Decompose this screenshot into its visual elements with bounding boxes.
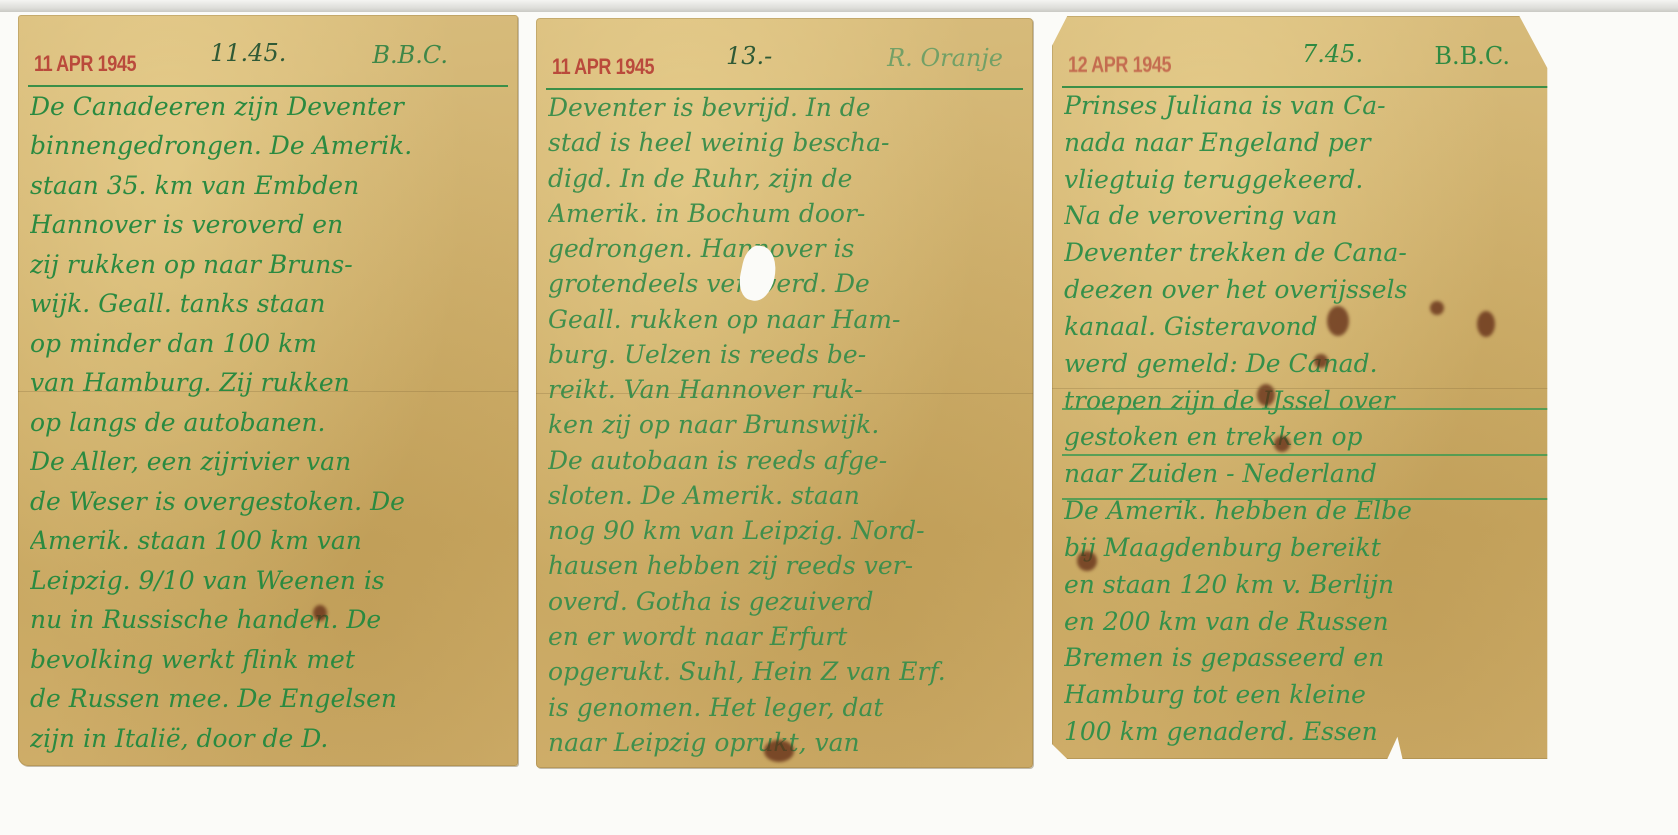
handwritten-line: Deventer is bevrijd. In de	[548, 90, 1025, 125]
handwritten-line: gestoken en trekken op	[1064, 419, 1552, 456]
date-stamp: 12 APR 1945	[1068, 52, 1171, 78]
handwritten-line: Amerik. in Bochum door-	[548, 196, 1025, 231]
handwritten-line: opgerukt. Suhl, Hein Z van Erf.	[548, 654, 1025, 689]
handwritten-line: en er wordt naar Erfurt	[548, 619, 1025, 654]
handwritten-line: en staan 120 km v. Berlijn	[1064, 567, 1552, 604]
handwritten-line: nada naar Engeland per	[1064, 125, 1552, 162]
handwritten-line: Bremen is gepasseerd en	[1064, 640, 1552, 677]
note-body: De Canadeeren zijn Deventerbinnengedrong…	[30, 87, 510, 758]
note-header: 12 APR 1945 7.45. B.B.C.	[1062, 34, 1550, 88]
date-stamp: 11 APR 1945	[34, 51, 136, 77]
handwritten-line: is genomen. Het leger, dat	[548, 690, 1025, 725]
note-header: 11 APR 1945 13.- R. Oranje	[546, 36, 1023, 90]
handwritten-line: en 200 km van de Russen	[1064, 604, 1552, 641]
handwritten-line: vliegtuig teruggekeerd.	[1064, 162, 1552, 199]
broadcast-source: B.B.C.	[372, 41, 448, 69]
handwritten-line: zijn in Italië, door de D.	[30, 719, 510, 758]
handwritten-line: zij rukken op naar Bruns-	[30, 245, 510, 284]
stain	[1430, 301, 1444, 315]
handwritten-line: burg. Uelzen is reeds be-	[548, 337, 1025, 372]
handwritten-line: stad is heel weinig bescha-	[548, 125, 1025, 160]
note-body: Deventer is bevrijd. In destad is heel w…	[548, 90, 1025, 760]
handwritten-line: Geall. rukken op naar Ham-	[548, 302, 1025, 337]
handwritten-line: de Russen mee. De Engelsen	[30, 679, 510, 718]
stain	[1274, 436, 1290, 452]
broadcast-source: R. Oranje	[887, 44, 1003, 72]
stain	[764, 740, 794, 762]
underline	[1062, 498, 1548, 500]
handwritten-line: gedrongen. Hannover is	[548, 231, 1025, 266]
news-note-2: 11 APR 1945 13.- R. Oranje Deventer is b…	[536, 18, 1033, 768]
handwritten-line: Hamburg tot een kleine	[1064, 677, 1552, 714]
handwritten-line: werd gemeld: De Canad.	[1064, 346, 1552, 383]
stain	[1477, 311, 1495, 337]
broadcast-time: 11.45.	[210, 39, 286, 67]
handwritten-line: Hannover is veroverd en	[30, 205, 510, 244]
handwritten-line: Deventer trekken de Cana-	[1064, 235, 1552, 272]
handwritten-line: binnengedrongen. De Amerik.	[30, 126, 510, 165]
handwritten-line: bij Maagdenburg bereikt	[1064, 530, 1552, 567]
broadcast-time: 13.-	[726, 42, 772, 70]
handwritten-line: Leipzig. 9/10 van Weenen is	[30, 561, 510, 600]
handwritten-line: digd. In de Ruhr, zijn de	[548, 161, 1025, 196]
broadcast-time: 7.45.	[1302, 40, 1363, 68]
broadcast-source: B.B.C.	[1434, 42, 1510, 70]
note-header: 11 APR 1945 11.45. B.B.C.	[28, 33, 508, 87]
handwritten-line: 100 km genaderd. Essen	[1064, 714, 1552, 751]
handwritten-line: nu in Russische handen. De	[30, 600, 510, 639]
handwritten-line: De Canadeeren zijn Deventer	[30, 87, 510, 126]
handwritten-line: wijk. Geall. tanks staan	[30, 284, 510, 323]
handwritten-line: hausen hebben zij reeds ver-	[548, 548, 1025, 583]
stain	[1257, 384, 1275, 406]
scanner-edge	[0, 0, 1678, 12]
handwritten-line: naar Zuiden - Nederland	[1064, 456, 1552, 493]
handwritten-line: op minder dan 100 km	[30, 324, 510, 363]
underline	[1062, 454, 1548, 456]
handwritten-line: van Hamburg. Zij rukken	[30, 363, 510, 402]
stain	[1077, 551, 1097, 571]
handwritten-line: staan 35. km van Embden	[30, 166, 510, 205]
handwritten-line: op langs de autobanen.	[30, 403, 510, 442]
handwritten-line: ken zij op naar Brunswijk.	[548, 407, 1025, 442]
handwritten-line: reikt. Van Hannover ruk-	[548, 372, 1025, 407]
handwritten-line: De Aller, een zijrivier van	[30, 442, 510, 481]
handwritten-line: grotendeels veroverd. De	[548, 266, 1025, 301]
stain	[1314, 354, 1328, 368]
handwritten-line: nog 90 km van Leipzig. Nord-	[548, 513, 1025, 548]
handwritten-line: De autobaan is reeds afge-	[548, 443, 1025, 478]
news-note-3: 12 APR 1945 7.45. B.B.C. Prinses Juliana…	[1052, 16, 1560, 759]
handwritten-line: sloten. De Amerik. staan	[548, 478, 1025, 513]
handwritten-line: deezen over het overijssels	[1064, 272, 1552, 309]
handwritten-line: Prinses Juliana is van Ca-	[1064, 88, 1552, 125]
stain	[313, 605, 327, 621]
date-stamp: 11 APR 1945	[552, 54, 654, 80]
handwritten-line: bevolking werkt flink met	[30, 640, 510, 679]
handwritten-line: Amerik. staan 100 km van	[30, 521, 510, 560]
handwritten-line: de Weser is overgestoken. De	[30, 482, 510, 521]
underline	[1062, 408, 1548, 410]
handwritten-line: overd. Gotha is gezuiverd	[548, 584, 1025, 619]
handwritten-line: Na de verovering van	[1064, 198, 1552, 235]
note-body: Prinses Juliana is van Ca-nada naar Enge…	[1064, 88, 1552, 751]
stain	[1327, 306, 1349, 336]
handwritten-line: troepen zijn de IJssel over	[1064, 383, 1552, 420]
news-note-1: 11 APR 1945 11.45. B.B.C. De Canadeeren …	[18, 15, 518, 766]
